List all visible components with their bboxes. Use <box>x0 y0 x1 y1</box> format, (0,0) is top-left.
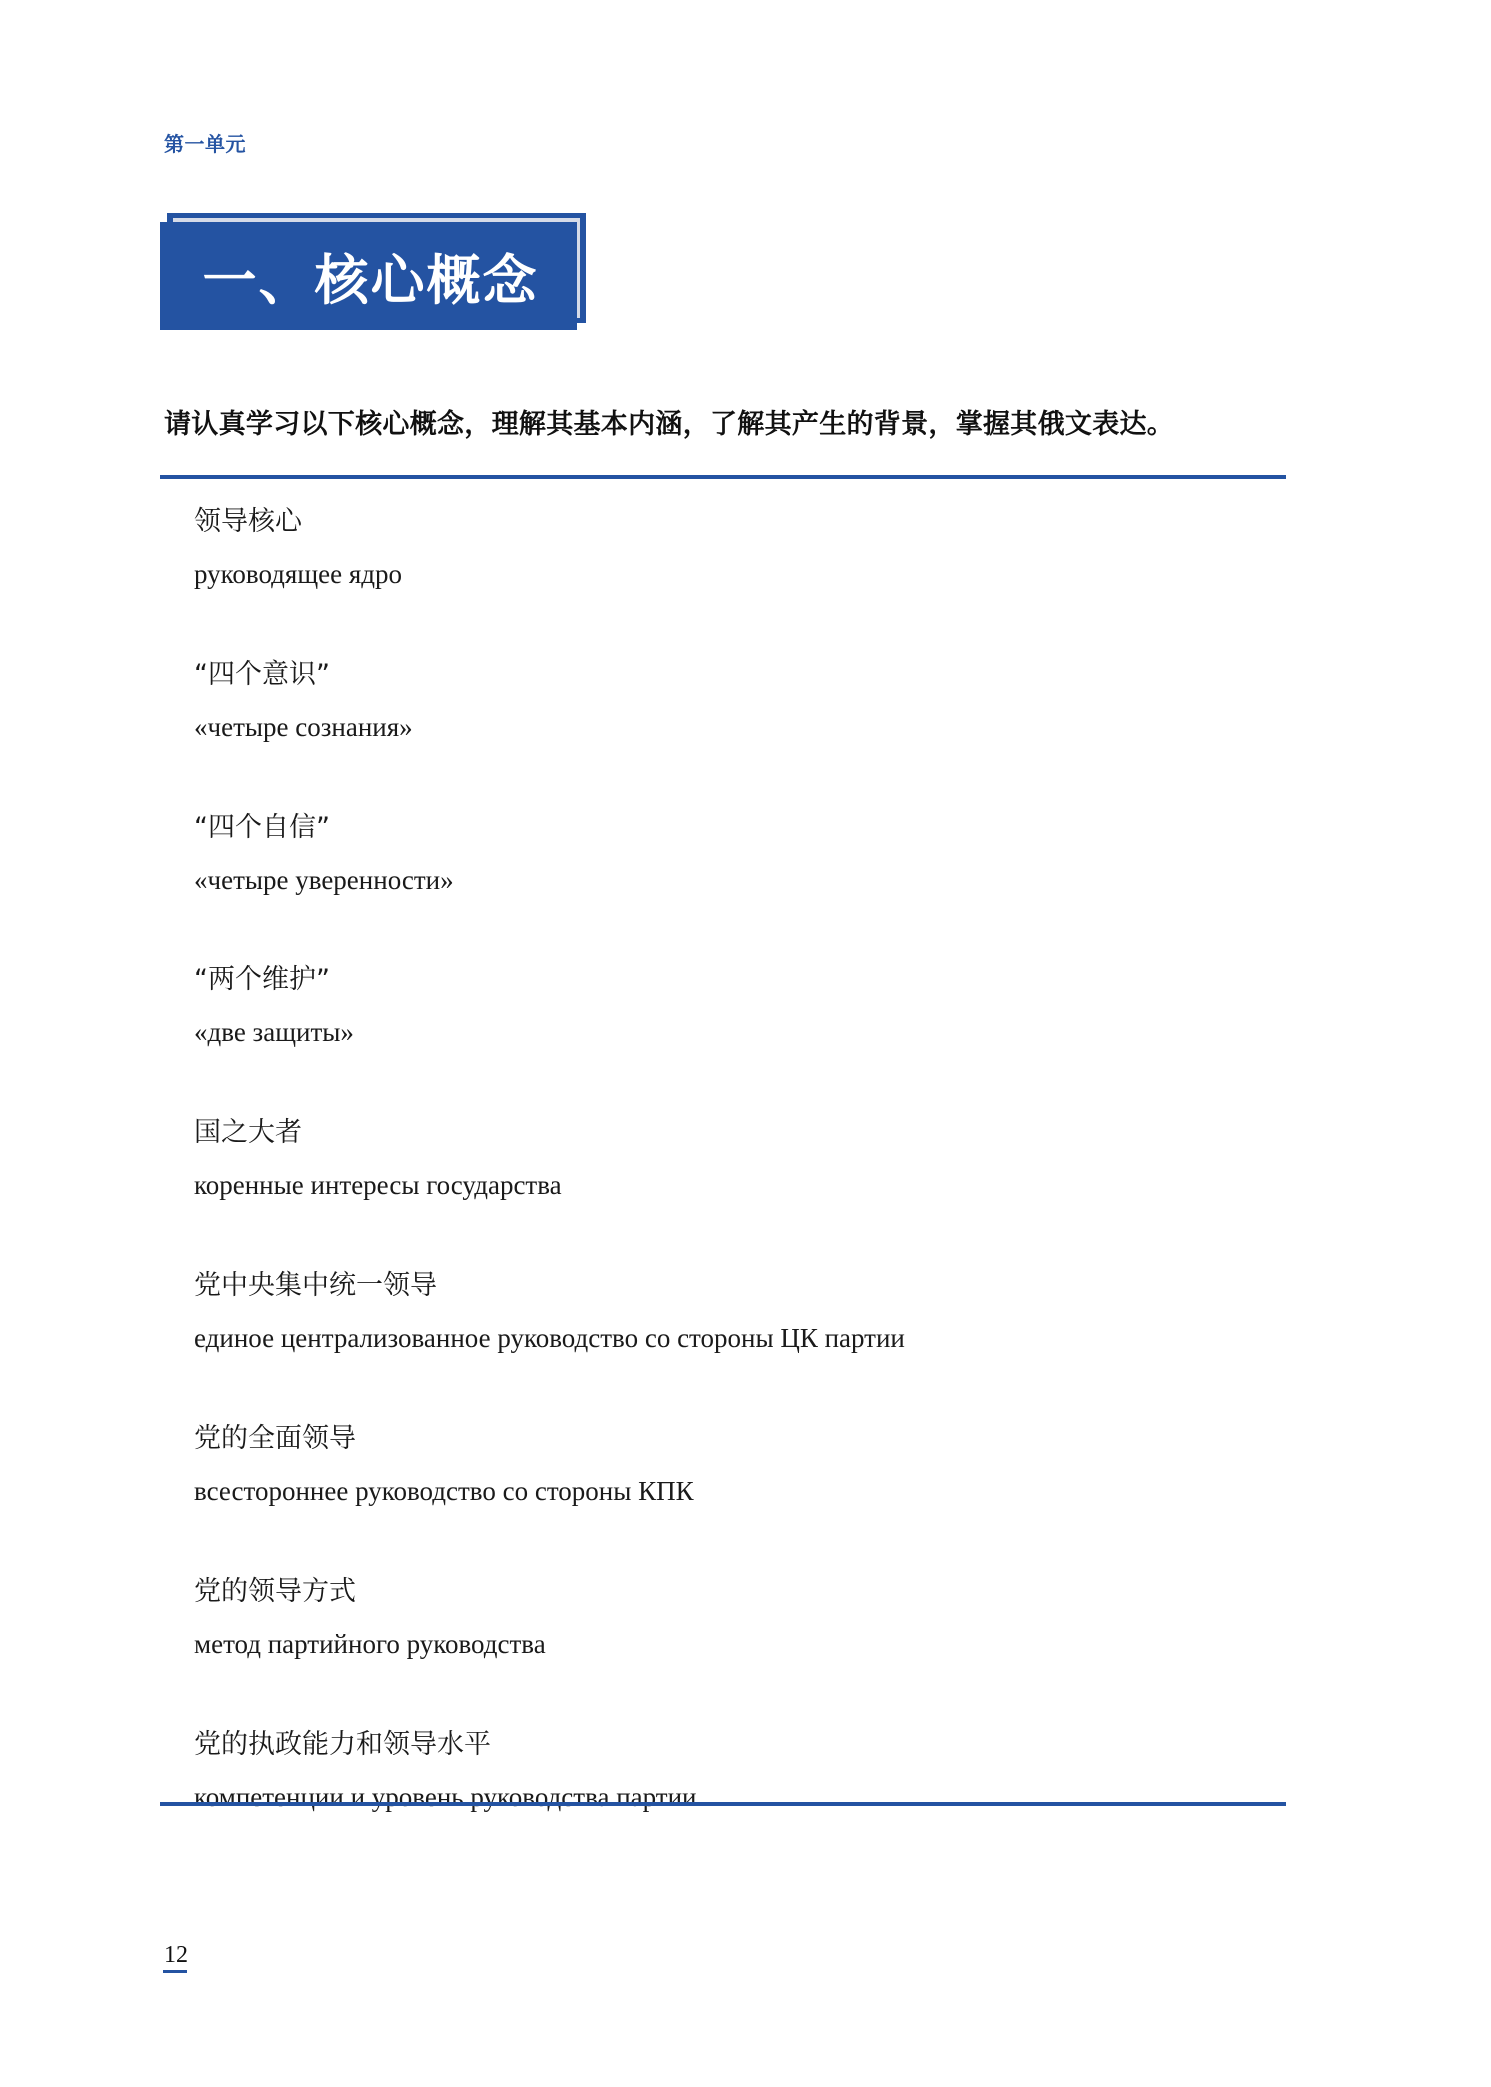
concept-russian: метод партийного руководства <box>194 1627 546 1661</box>
concept-russian: компетенции и уровень руководства партии <box>194 1780 696 1814</box>
section-title: 一、核心概念 <box>203 238 539 315</box>
concept-chinese: 党的全面领导 <box>194 1422 694 1456</box>
concept-chinese: “四个意识” <box>194 658 413 692</box>
concept-russian: «две защиты» <box>194 1015 354 1049</box>
concept-item: 党的全面领导 всестороннее руководство со сторо… <box>194 1422 694 1508</box>
bottom-divider <box>160 1802 1286 1806</box>
concept-item: 党的领导方式 метод партийного руководства <box>194 1575 546 1661</box>
unit-label: 第一单元 <box>164 128 246 157</box>
concept-item: 领导核心 руководящее ядро <box>194 505 402 591</box>
concept-russian: «четыре уверенности» <box>194 863 454 897</box>
concept-russian: руководящее ядро <box>194 557 402 591</box>
concept-russian: единое централизованное руководство со с… <box>194 1321 905 1355</box>
page-number: 12 <box>164 1942 188 1969</box>
concept-item: “四个自信” «четыре уверенности» <box>194 811 454 897</box>
top-divider <box>160 475 1286 479</box>
concept-chinese: 党中央集中统一领导 <box>194 1269 905 1303</box>
section-title-box: 一、核心概念 <box>160 222 577 330</box>
page-number-underline <box>163 1970 187 1973</box>
concept-item: 党中央集中统一领导 единое централизованное руково… <box>194 1269 905 1355</box>
concept-chinese: 党的领导方式 <box>194 1575 546 1609</box>
concept-chinese: 国之大者 <box>194 1116 562 1150</box>
concept-russian: «четыре сознания» <box>194 710 413 744</box>
concept-chinese: “两个维护” <box>194 963 354 997</box>
concept-chinese: 党的执政能力和领导水平 <box>194 1728 696 1762</box>
concept-chinese: 领导核心 <box>194 505 402 539</box>
concept-item: “两个维护” «две защиты» <box>194 963 354 1049</box>
instruction-text: 请认真学习以下核心概念，理解其基本内涵，了解其产生的背景，掌握其俄文表达。 <box>164 402 1174 441</box>
concept-item: 国之大者 коренные интересы государства <box>194 1116 562 1202</box>
concept-chinese: “四个自信” <box>194 811 454 845</box>
concept-russian: всестороннее руководство со стороны КПК <box>194 1474 694 1508</box>
concept-item: “四个意识” «четыре сознания» <box>194 658 413 744</box>
concept-russian: коренные интересы государства <box>194 1168 562 1202</box>
